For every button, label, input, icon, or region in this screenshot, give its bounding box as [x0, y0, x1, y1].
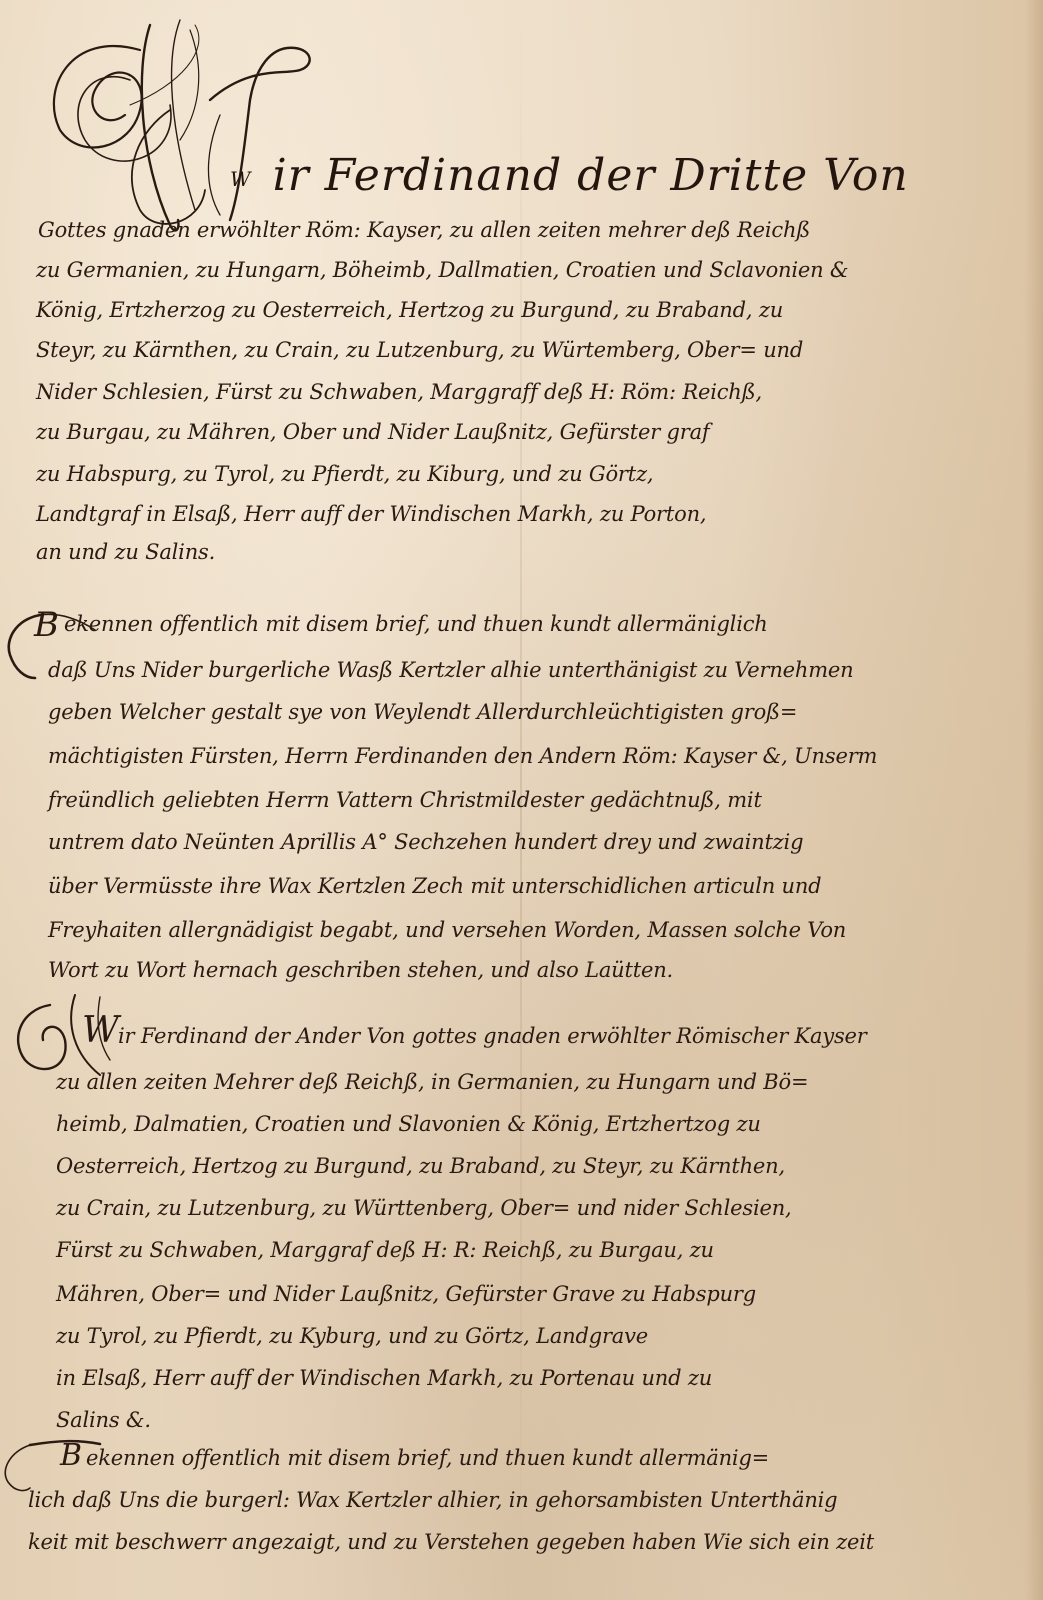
text-line: ekennen offentlich mit disem brief, und … [86, 1446, 1043, 1470]
text-line: lich daß Uns die burgerl: Wax Kertzler a… [28, 1488, 1043, 1512]
text-line: zu Burgau, zu Mähren, Ober und Nider Lau… [36, 420, 1043, 444]
text-line: ir Ferdinand der Ander Von gottes gnaden… [118, 1024, 1043, 1048]
heading-text: ir Ferdinand der Dritte Von [273, 150, 909, 201]
text-line: Salins &. [56, 1408, 1043, 1432]
text-line: zu allen zeiten Mehrer deß Reichß, in Ge… [56, 1070, 1043, 1094]
heading-line: W ir Ferdinand der Dritte Von [230, 150, 909, 201]
text-line: Landtgraf in Elsaß, Herr auff der Windis… [36, 502, 1043, 526]
text-line: über Vermüsste ihre Wax Kertzlen Zech mi… [48, 874, 1043, 898]
paragraph-initial: B [34, 605, 59, 645]
text-line: Wort zu Wort hernach geschriben stehen, … [48, 958, 1043, 982]
text-line: zu Crain, zu Lutzenburg, zu Württenberg,… [56, 1196, 1043, 1220]
text-line: freündlich geliebten Herrn Vattern Chris… [48, 788, 1043, 812]
text-line: Mähren, Ober= und Nider Laußnitz, Gefürs… [56, 1282, 1043, 1306]
paragraph-initial: W [82, 1010, 119, 1051]
text-line: zu Tyrol, zu Pfierdt, zu Kyburg, und zu … [56, 1324, 1043, 1348]
decorative-f-flourish-icon [190, 40, 320, 230]
text-line: in Elsaß, Herr auff der Windischen Markh… [56, 1366, 1043, 1390]
text-line: Gottes gnaden erwöhlter Röm: Kayser, zu … [38, 218, 1043, 242]
text-line: Freyhaiten allergnädigist begabt, und ve… [48, 918, 1043, 942]
text-line: König, Ertzherzog zu Oesterreich, Hertzo… [36, 298, 1043, 322]
text-line: Oesterreich, Hertzog zu Burgund, zu Brab… [56, 1154, 1043, 1178]
text-line: ekennen offentlich mit disem brief, und … [64, 612, 1043, 636]
text-line: zu Germanien, zu Hungarn, Böheimb, Dallm… [36, 258, 1043, 282]
text-line: an und zu Salins. [36, 540, 1043, 564]
text-line: keit mit beschwerr angezaigt, und zu Ver… [28, 1530, 1043, 1554]
document-page: W ir Ferdinand der Dritte Von Gottes gna… [0, 0, 1043, 1600]
text-line: heimb, Dalmatien, Croatien und Slavonien… [56, 1112, 1043, 1136]
text-line: geben Welcher gestalt sye von Weylendt A… [48, 700, 1043, 724]
text-line: Steyr, zu Kärnthen, zu Crain, zu Lutzenb… [36, 338, 1043, 362]
text-line: Fürst zu Schwaben, Marggraf deß H: R: Re… [56, 1238, 1043, 1262]
text-line: Nider Schlesien, Fürst zu Schwaben, Marg… [36, 380, 1043, 404]
text-line: zu Habspurg, zu Tyrol, zu Pfierdt, zu Ki… [36, 462, 1043, 486]
text-line: mächtigisten Fürsten, Herrn Ferdinanden … [48, 744, 1043, 768]
heading-initial: W [230, 167, 252, 191]
paragraph-initial: B [60, 1438, 82, 1473]
text-line: daß Uns Nider burgerliche Wasß Kertzler … [48, 658, 1043, 682]
text-line: untrem dato Neünten Aprillis A° Sechzehe… [48, 830, 1043, 854]
